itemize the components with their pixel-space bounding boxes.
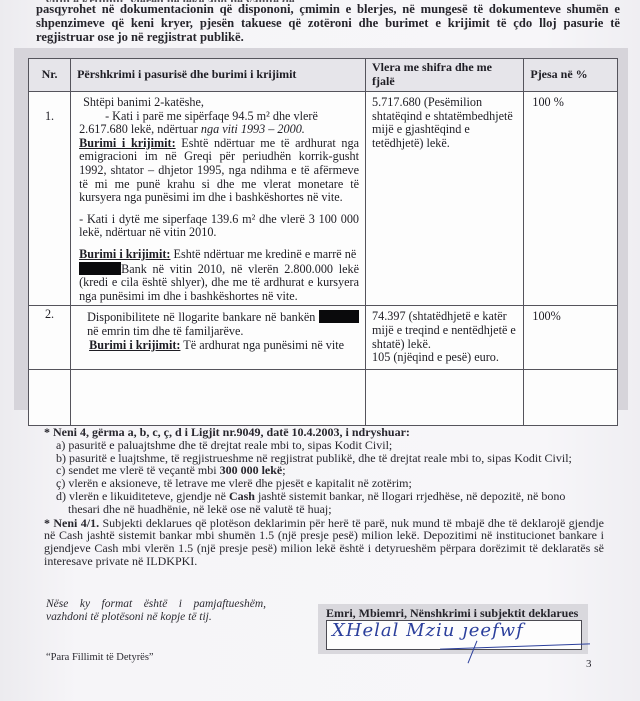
source2-label: Burimi i krijimit: xyxy=(79,247,170,261)
floor1-value: 2.617.680 lekë, ndërtuar xyxy=(79,122,201,136)
source3: Burimi i krijimit: Të ardhurat nga punës… xyxy=(79,339,359,353)
assets-table: Nr. Përshkrimi i pasurisë dhe burimi i k… xyxy=(28,58,618,426)
note-d-cont: thesari dhe në huadhënie, në lekë ose në… xyxy=(44,503,604,516)
source2-text-b: Bank në vitin 2010, në vlerën 2.800.000 … xyxy=(79,262,359,303)
signature-label: Emri, Mbiemri, Nënshkrimi i subjektit de… xyxy=(326,606,578,621)
row-value: 74.397 (shtatëdhjetë e katër mijë e treq… xyxy=(366,306,524,369)
asset-title: Shtëpi banimi 2-katëshe, xyxy=(79,96,359,110)
row-value: 5.717.680 (Pesëmilion shtatëqind e shtat… xyxy=(366,92,524,306)
note-d: d) vlerën e likuiditeteve, gjendje në Ca… xyxy=(44,490,604,503)
floor1-line-a: - Kati i parë me sipërfaqe 94.5 m² dhe v… xyxy=(79,110,359,124)
header-description: Përshkrimi i pasurisë dhe burimi i kriji… xyxy=(71,59,366,92)
table-header-row: Nr. Përshkrimi i pasurisë dhe burimi i k… xyxy=(29,59,618,92)
floor2: - Kati i dytë me siperfaqe 139.6 m² dhe … xyxy=(79,213,359,240)
row-share: 100% xyxy=(524,306,618,369)
table-row: 2. Disponibilitete në llogarite bankare … xyxy=(29,306,618,369)
floor1-years: nga viti 1993 – 2000. xyxy=(201,122,305,136)
document-page: ...vitin e krijimit, vlerën në lekë apo … xyxy=(0,0,640,701)
handwritten-signature: XHelal Mziu ȷeefwf xyxy=(332,620,524,641)
intro-cut-line: ...vitin e krijimit, vlerën në lekë apo … xyxy=(36,0,620,2)
page-number: 3 xyxy=(586,658,592,670)
intro-paragraph: ...vitin e krijimit, vlerën në lekë apo … xyxy=(36,0,620,44)
continuation-hint: Nëse ky format është i pamjaftueshëm, va… xyxy=(46,598,266,624)
redaction-box xyxy=(79,262,121,275)
table-row: 1. Shtëpi banimi 2-katëshe, - Kati i par… xyxy=(29,92,618,306)
redaction-box xyxy=(319,310,359,323)
intro-text: pasqyrohet në dokumentacionin që dispono… xyxy=(36,2,620,44)
form-phase-label: “Para Fillimit të Detyrës” xyxy=(46,652,154,663)
source3-text: Të ardhurat nga punësimi në vite xyxy=(180,338,344,352)
value-eur: 105 (njëqind e pesë) euro. xyxy=(372,351,517,365)
neni41-paragraph: * Neni 4/1. Subjekti deklarues që plotës… xyxy=(44,517,604,568)
legal-notes: * Neni 4, gërma a, b, c, ç, d i Ligjit n… xyxy=(44,426,604,568)
bank-text-b: në emrin tim dhe të familjarëve. xyxy=(87,324,243,338)
source3-label: Burimi i krijimit: xyxy=(89,338,180,352)
header-share: Pjesa në % xyxy=(524,59,618,92)
header-nr: Nr. xyxy=(29,59,71,92)
source2: Burimi i krijimit: Eshtë ndërtuar me kre… xyxy=(79,248,359,303)
header-value: Vlera me shifra dhe me fjalë xyxy=(366,59,524,92)
bank-line: Disponibilitete në llogarite bankare në … xyxy=(79,310,359,338)
row-number: 2. xyxy=(29,306,71,369)
table-row-empty xyxy=(29,369,618,425)
floor1-line-b: 2.617.680 lekë, ndërtuar nga viti 1993 –… xyxy=(79,123,359,137)
neni4-heading: * Neni 4, gërma a, b, c, ç, d i Ligjit n… xyxy=(44,426,604,439)
note-a: a) pasuritë e paluajtshme dhe të drejtat… xyxy=(44,439,604,452)
source1-label: Burimi i krijimit: xyxy=(79,136,176,150)
row-number: 1. xyxy=(29,92,71,306)
row-description: Shtëpi banimi 2-katëshe, - Kati i parë m… xyxy=(71,92,366,306)
source1: Burimi i krijimit: Eshtë ndërtuar me të … xyxy=(79,137,359,205)
bank-text-a: Disponibilitete në llogarite bankare në … xyxy=(87,310,315,324)
value-lek: 74.397 (shtatëdhjetë e katër mijë e treq… xyxy=(372,310,517,351)
source2-text-a: Eshtë ndërtuar me kredinë e marrë në xyxy=(170,247,356,261)
row-description: Disponibilitete në llogarite bankare në … xyxy=(71,306,366,369)
row-share: 100 % xyxy=(524,92,618,306)
